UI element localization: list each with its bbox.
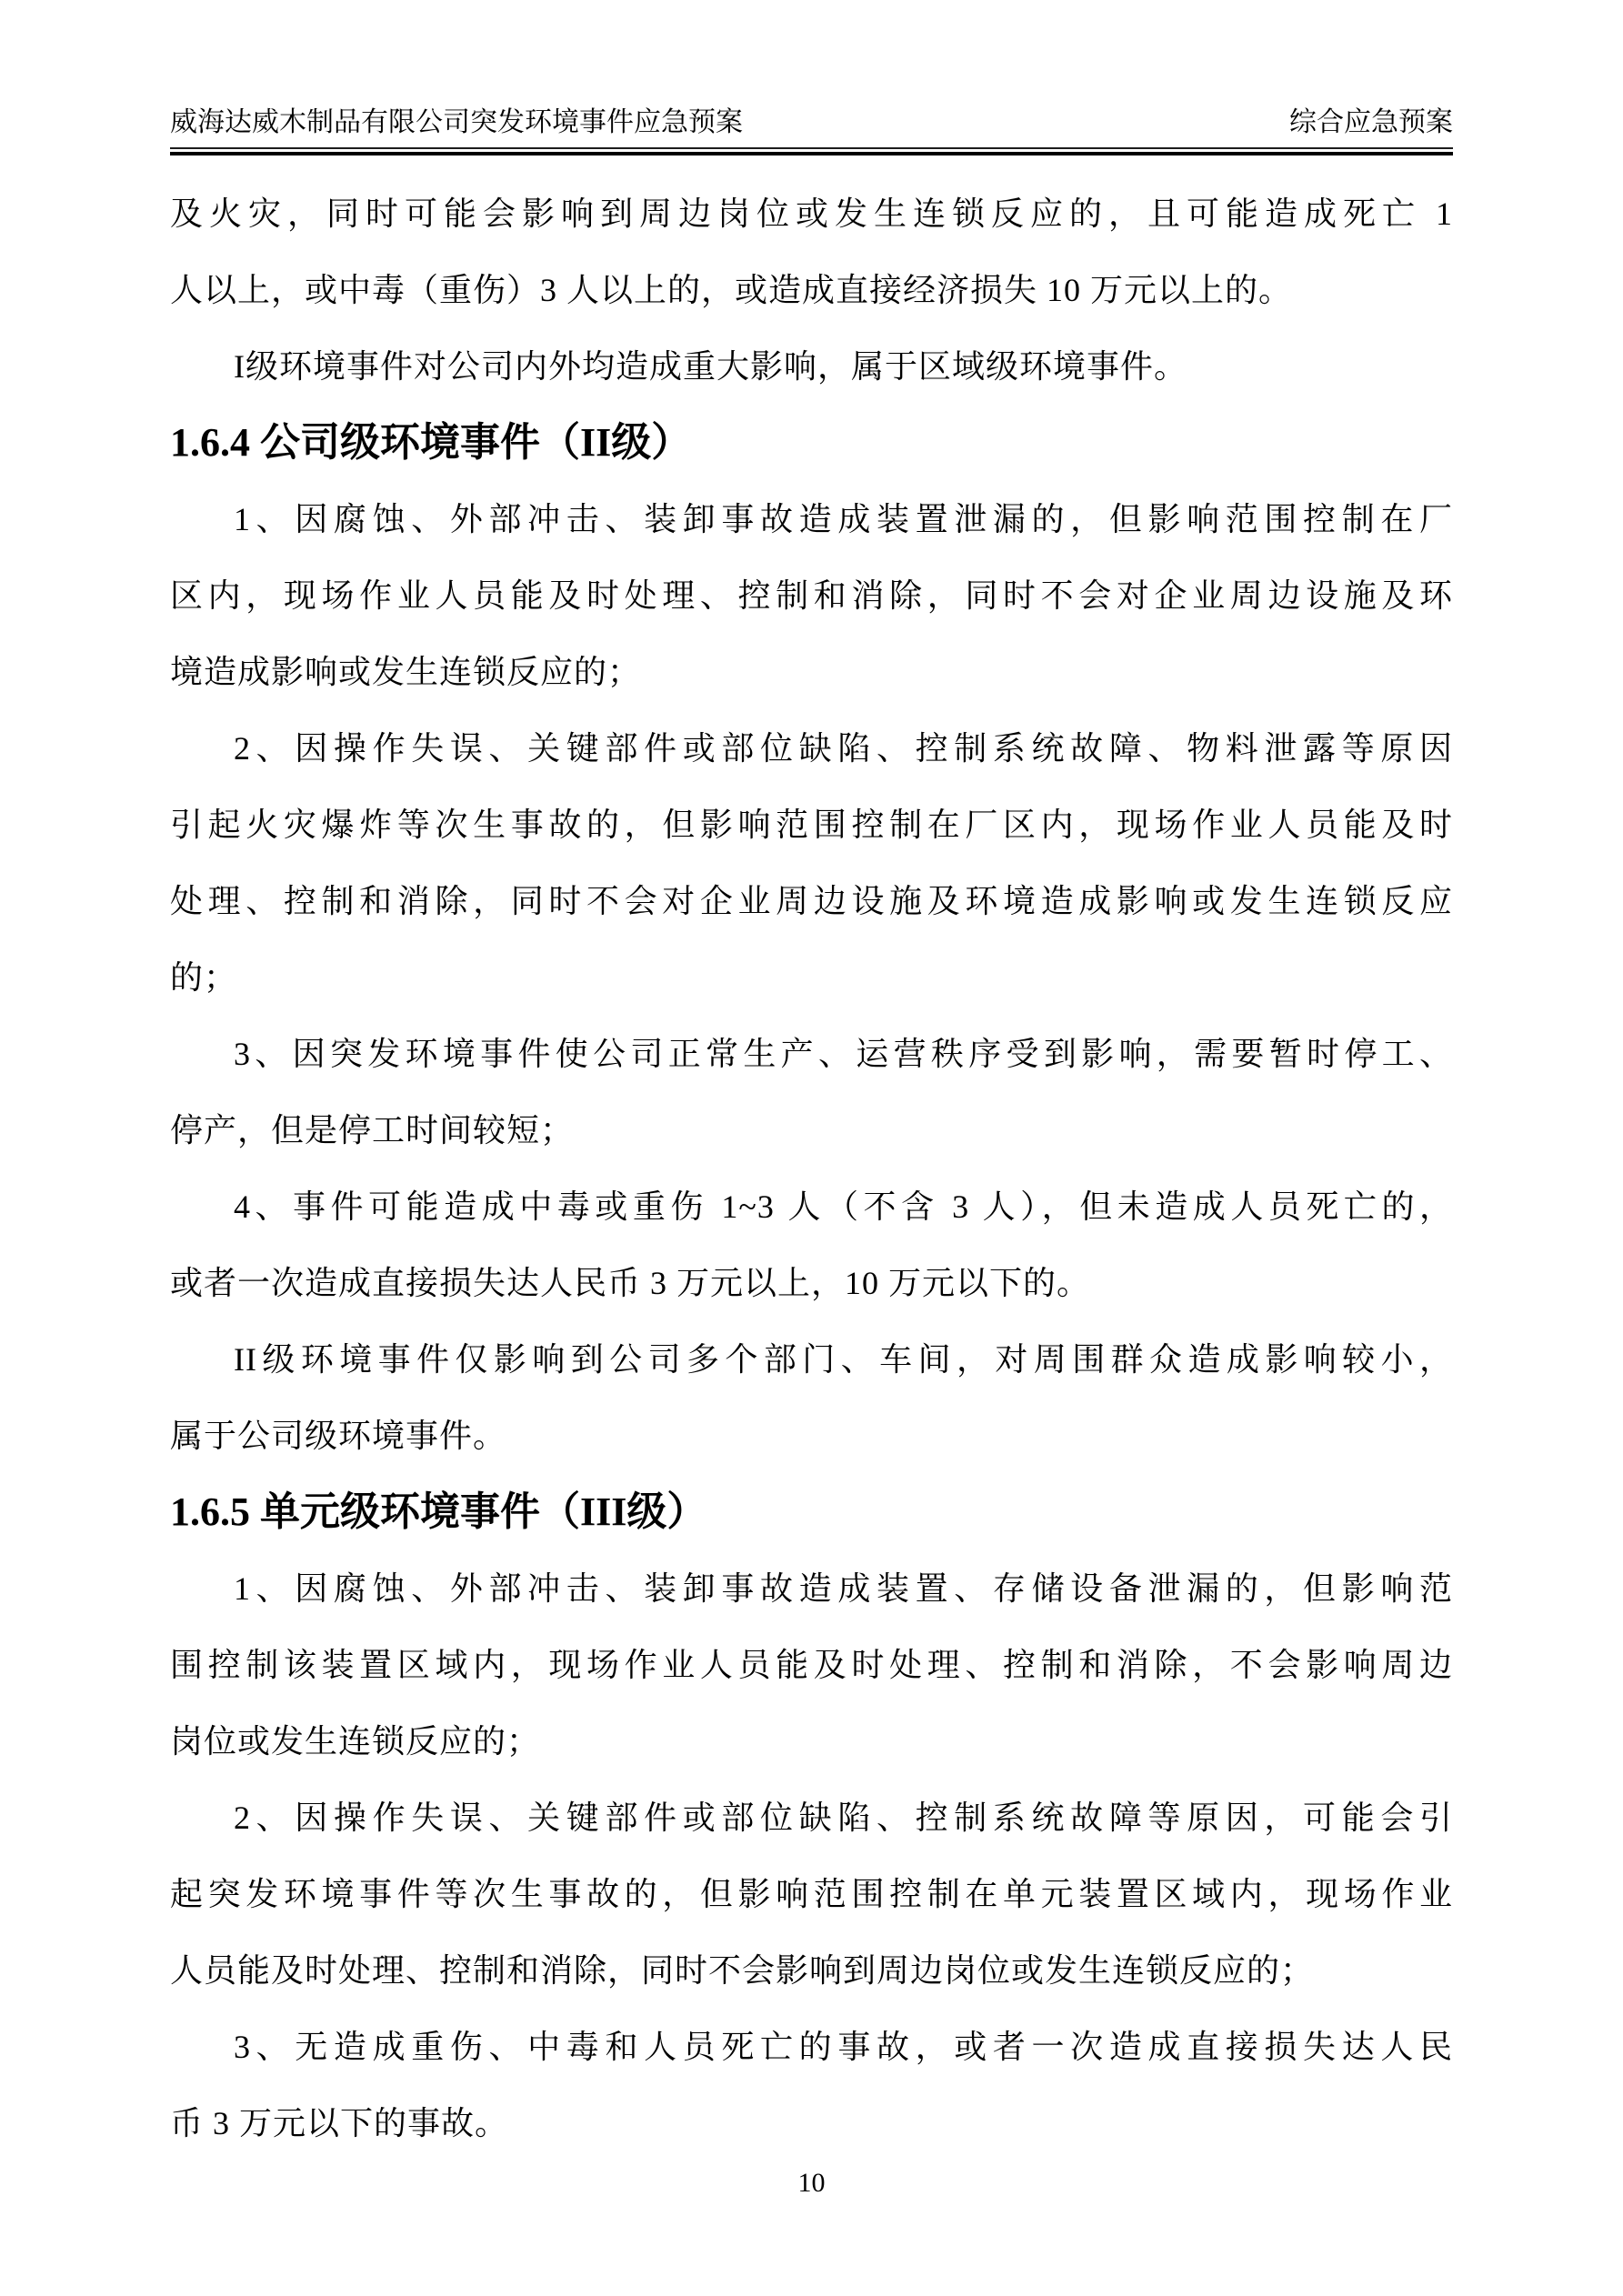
page-header: 威海达威木制品有限公司突发环境事件应急预案 综合应急预案 [170, 0, 1453, 155]
section-heading: 1.6.4 公司级环境事件（II级） [170, 405, 1453, 481]
body-line: 停产，但是停工时间较短； [170, 1092, 1453, 1168]
header-rule-thin [170, 147, 1453, 149]
body-line: 人以上，或中毒（重伤）3 人以上的，或造成直接经济损失 10 万元以上的。 [170, 252, 1453, 328]
body-line: 或者一次造成直接损失达人民币 3 万元以上，10 万元以下的。 [170, 1245, 1453, 1321]
body-line: 属于公司级环境事件。 [170, 1398, 1453, 1474]
body-line: 围控制该装置区域内，现场作业人员能及时处理、控制和消除，不会影响周边 [170, 1627, 1453, 1703]
body-line: 引起火灾爆炸等次生事故的，但影响范围控制在厂区内，现场作业人员能及时 [170, 787, 1453, 863]
header-left-title: 威海达威木制品有限公司突发环境事件应急预案 [170, 105, 743, 140]
body-line: 的； [170, 939, 1453, 1016]
body-line: 2、因操作失误、关键部件或部位缺陷、控制系统故障等原因，可能会引 [170, 1780, 1453, 1856]
body-line: 起突发环境事件等次生事故的，但影响范围控制在单元装置区域内，现场作业 [170, 1856, 1453, 1932]
body-line: 人员能及时处理、控制和消除，同时不会影响到周边岗位或发生连锁反应的； [170, 1932, 1453, 2009]
body-line: 区内，现场作业人员能及时处理、控制和消除，同时不会对企业周边设施及环 [170, 557, 1453, 634]
body-line: 境造成影响或发生连锁反应的； [170, 634, 1453, 710]
body-line: 岗位或发生连锁反应的； [170, 1703, 1453, 1780]
body-line: 4、事件可能造成中毒或重伤 1~3 人（不含 3 人），但未造成人员死亡的， [170, 1168, 1453, 1245]
body-line: 1、因腐蚀、外部冲击、装卸事故造成装置、存储设备泄漏的，但影响范 [170, 1550, 1453, 1627]
body-line: 3、因突发环境事件使公司正常生产、运营秩序受到影响，需要暂时停工、 [170, 1016, 1453, 1092]
document-body: 及火灾，同时可能会影响到周边岗位或发生连锁反应的，且可能造成死亡 1人以上，或中… [170, 175, 1453, 2161]
header-rule-thick [170, 152, 1453, 155]
body-line: II级环境事件仅影响到公司多个部门、车间，对周围群众造成影响较小， [170, 1321, 1453, 1398]
body-line: 处理、控制和消除，同时不会对企业周边设施及环境造成影响或发生连锁反应 [170, 863, 1453, 939]
header-right-title: 综合应急预案 [1289, 105, 1453, 140]
page-number: 10 [0, 2163, 1623, 2203]
body-line: 及火灾，同时可能会影响到周边岗位或发生连锁反应的，且可能造成死亡 1 [170, 175, 1453, 252]
body-line: 币 3 万元以下的事故。 [170, 2085, 1453, 2161]
body-line: 2、因操作失误、关键部件或部位缺陷、控制系统故障、物料泄露等原因 [170, 710, 1453, 787]
section-heading: 1.6.5 单元级环境事件（III级） [170, 1474, 1453, 1550]
body-line: 1、因腐蚀、外部冲击、装卸事故造成装置泄漏的，但影响范围控制在厂 [170, 481, 1453, 557]
body-line: 3、无造成重伤、中毒和人员死亡的事故，或者一次造成直接损失达人民 [170, 2009, 1453, 2085]
body-line: I级环境事件对公司内外均造成重大影响，属于区域级环境事件。 [170, 328, 1453, 405]
